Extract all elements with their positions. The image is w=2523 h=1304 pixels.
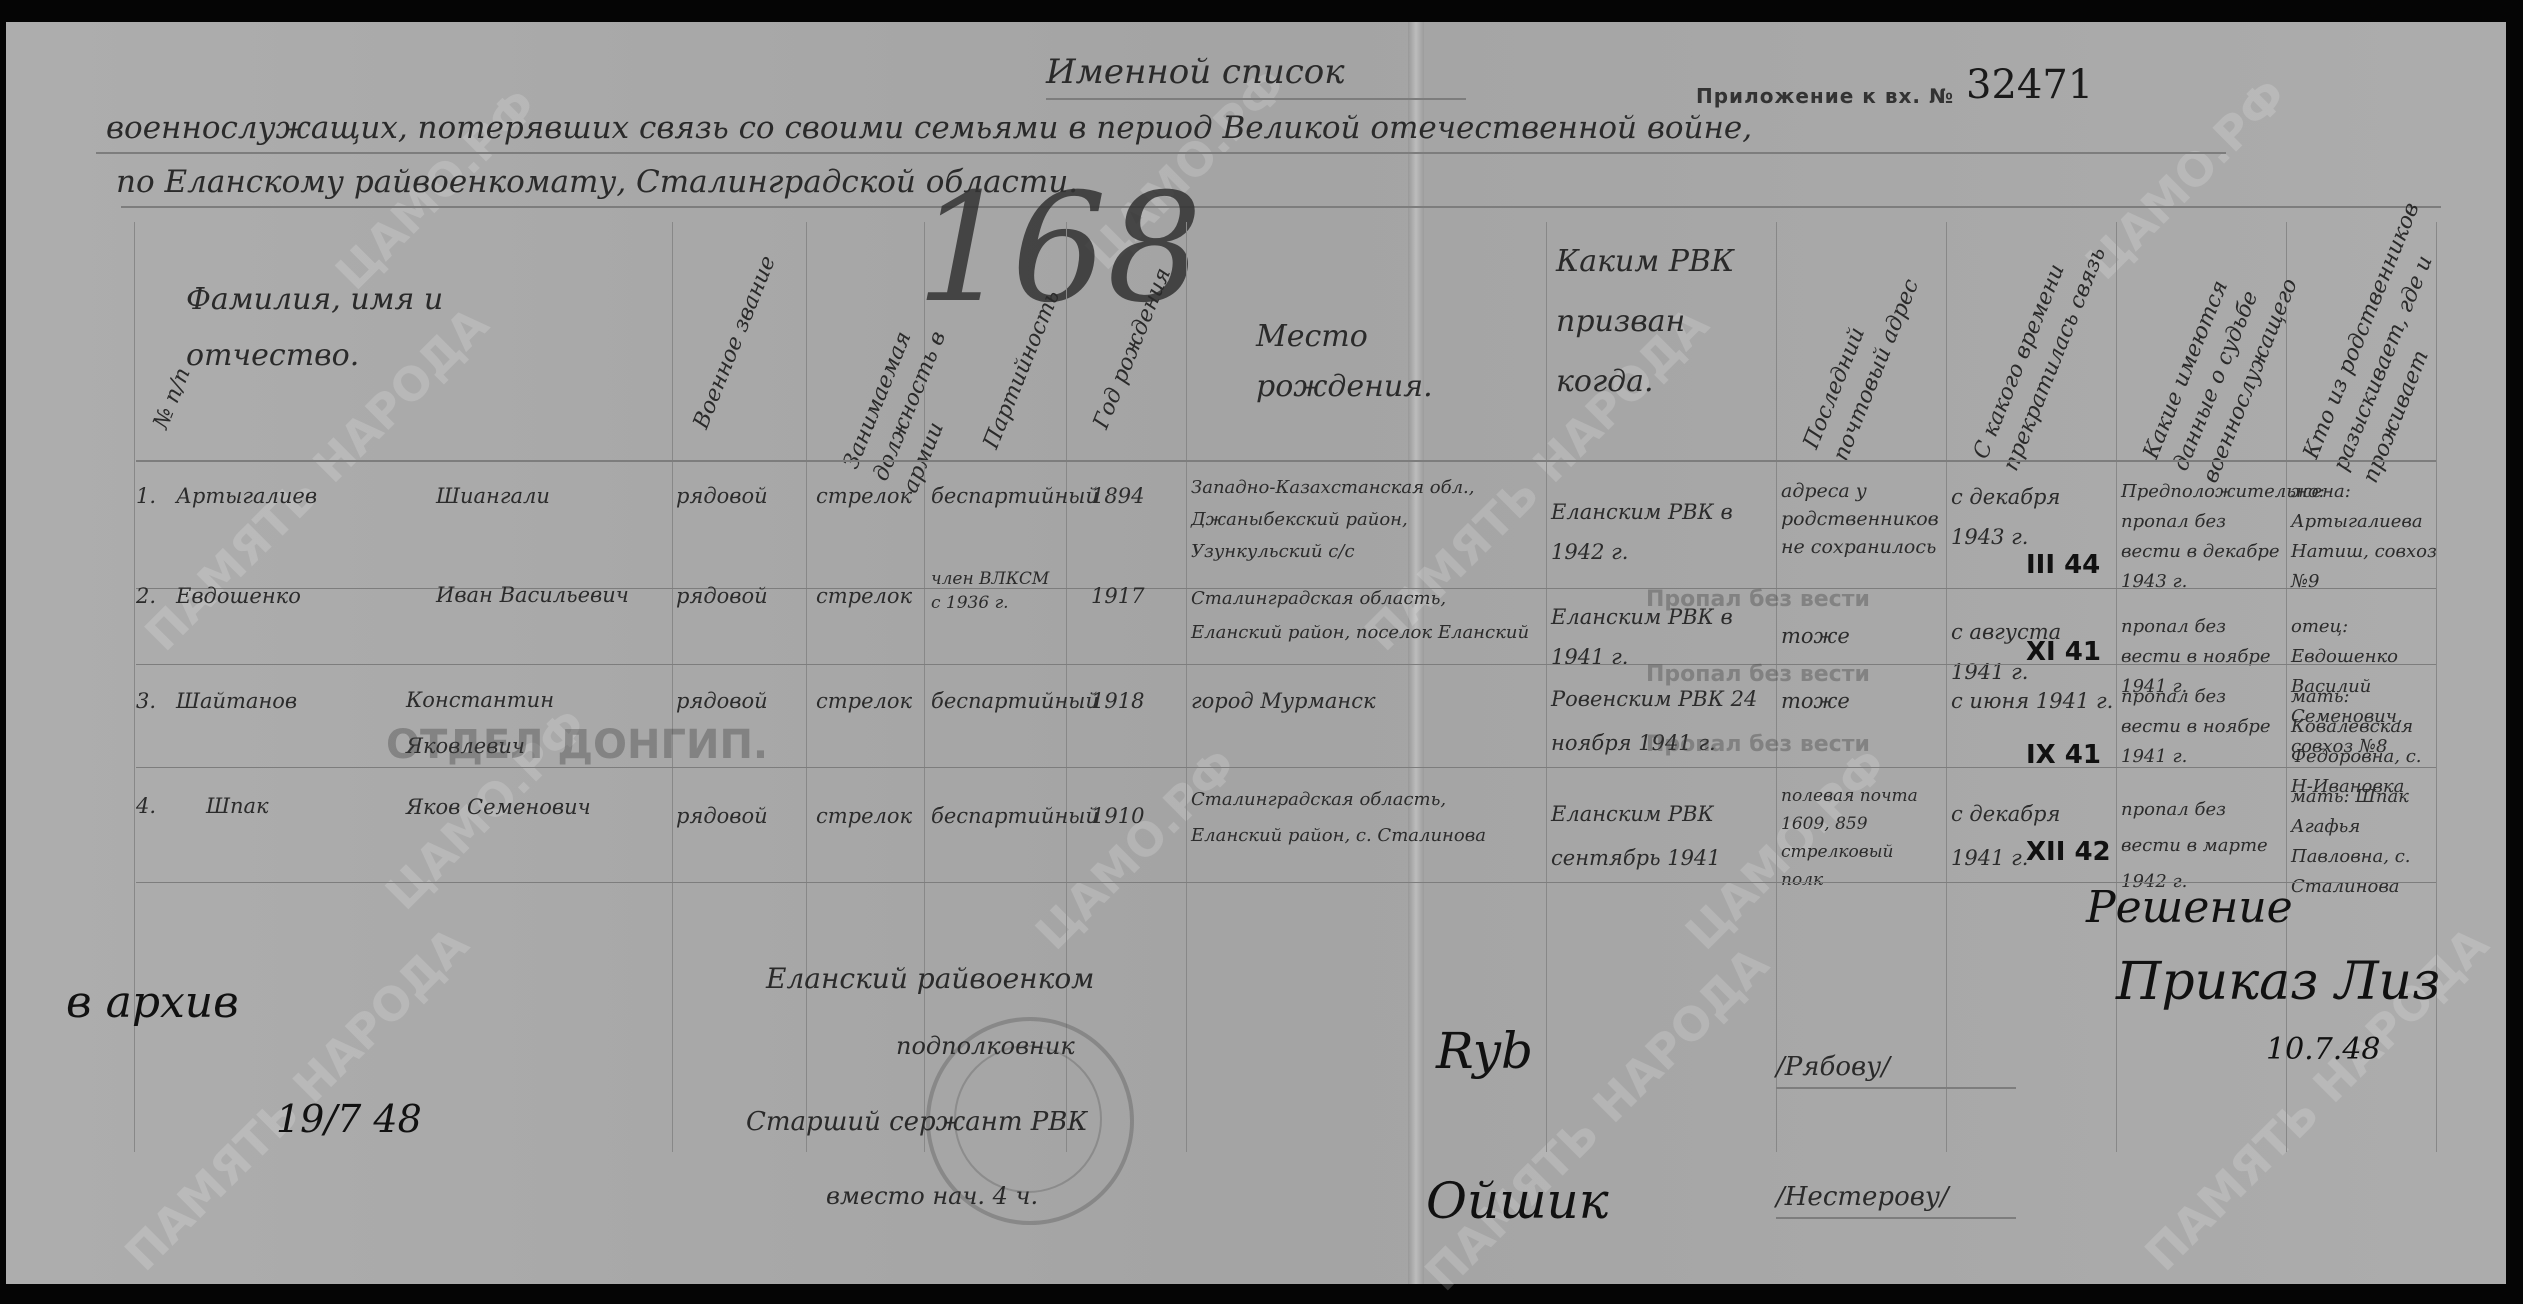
row-lost-since: с июня 1941 г. — [1951, 677, 2113, 725]
row-surname: Шайтанов — [176, 677, 297, 725]
page-fold — [1408, 22, 1424, 1284]
row-position: стрелок — [816, 792, 912, 840]
row-mark: XII 42 — [2026, 837, 2111, 867]
column-divider — [672, 222, 673, 1152]
row-surname: Артыгалиев — [176, 472, 317, 520]
column-divider — [2116, 222, 2117, 1152]
row-mark: III 44 — [2026, 550, 2100, 580]
row-rank: рядовой — [676, 572, 768, 620]
row-separator — [136, 767, 2436, 768]
row-name: Шиангали — [436, 472, 550, 520]
stamp-department: ОТДЕЛ ДОНГИП. — [386, 722, 768, 768]
row-relatives: мать: Шпак Агафья Павловна, с. Сталинова — [2291, 782, 2441, 902]
header-separator — [136, 460, 2436, 462]
row-rank: рядовой — [676, 677, 768, 725]
row-address: полевая почта 1609, 859 стрелковый полк — [1781, 782, 1941, 894]
row-birth-year: 1910 — [1091, 792, 1144, 840]
row-party: беспартийный — [931, 677, 1099, 725]
resolution-date: 10.7.48 — [2266, 1032, 2381, 1067]
header-lost-since: С какого времени прекратилась связь — [1966, 229, 2115, 475]
signer-name-1: /Рябову/ — [1776, 1052, 1890, 1082]
row-birthplace: Западно-Казахстанская обл., Джаныбекский… — [1191, 472, 1541, 568]
signature-title-3: вместо нач. 4 ч. — [826, 1182, 1038, 1210]
archive-note: в архив — [66, 977, 239, 1028]
row-name: Иван Васильевич — [436, 572, 666, 618]
row-position: стрелок — [816, 472, 912, 520]
row-num: 3. — [136, 677, 156, 725]
row-num: 1. — [136, 472, 156, 520]
column-divider — [806, 222, 807, 1152]
row-surname: Евдошенко — [176, 572, 301, 620]
archive-date: 19/7 48 — [276, 1097, 422, 1141]
signature-title: Еланский райвоенком — [766, 962, 1094, 995]
signature-line — [1776, 1217, 2016, 1219]
header-rank: Военное звание — [686, 251, 785, 434]
header-relatives: Кто из родственников разыскивает, где и … — [2296, 192, 2490, 488]
row-birth-year: 1918 — [1091, 677, 1144, 725]
column-divider — [1186, 222, 1187, 1152]
row-address: тоже — [1781, 612, 1850, 660]
row-birthplace: город Мурманск — [1191, 677, 1376, 725]
ruled-line — [96, 152, 2226, 154]
header-conscripted: Каким РВК призван когда. — [1556, 232, 1756, 412]
column-divider — [2286, 222, 2287, 1152]
row-separator — [136, 664, 2436, 665]
row-birthplace: Сталинградская область, Еланский район, … — [1191, 782, 1541, 854]
row-birth-year: 1917 — [1091, 572, 1144, 620]
signature-2: Ойшик — [1426, 1172, 1609, 1230]
row-party: беспартийный — [931, 472, 1099, 520]
row-name: Яков Семенович — [406, 782, 636, 832]
column-divider — [1546, 222, 1547, 1152]
row-mark: XI 41 — [2026, 637, 2101, 667]
title-underline — [1046, 98, 1466, 100]
row-birth-year: 1894 — [1091, 472, 1144, 520]
document-title: Именной список — [1046, 52, 1345, 92]
column-divider — [1776, 222, 1777, 1152]
header-position: Занимаемая должность в армии — [836, 277, 1000, 498]
document-page: ЦАМО.РФ ЦАМО.РФ ЦАМО.РФ ПАМЯТЬ НАРОДА ПА… — [6, 22, 2506, 1284]
stamp-missing: Пропал без вести — [1646, 662, 1870, 687]
header-name: Фамилия, имя и отчество. — [186, 272, 606, 384]
signature-1: Ryb — [1436, 1022, 1533, 1080]
row-lost-since: с декабря 1943 г. — [1951, 477, 2111, 557]
row-conscripted: Еланским РВК в 1942 г. — [1551, 492, 1771, 572]
row-surname: Шпак — [206, 782, 269, 830]
resolution-signature: Приказ Лиз — [2116, 952, 2440, 1012]
resolution-label: Решение — [2086, 882, 2293, 933]
row-position: стрелок — [816, 677, 912, 725]
stamp-missing: Пропал без вести — [1646, 587, 1870, 612]
row-rank: рядовой — [676, 472, 768, 520]
row-mark: IX 41 — [2026, 740, 2101, 770]
row-conscripted: Еланским РВК сентябрь 1941 — [1551, 792, 1771, 880]
signature-title-2: Старший сержант РВК — [746, 1107, 1088, 1137]
row-rank: рядовой — [676, 792, 768, 840]
signature-rank: подполковник — [896, 1032, 1075, 1060]
row-fate: Предположительно: пропал без вести в дек… — [2121, 477, 2286, 597]
signer-name-2: /Нестерову/ — [1776, 1182, 1949, 1212]
row-birthplace: Сталинградская область, Еланский район, … — [1191, 582, 1541, 650]
incoming-number: 32471 — [1966, 62, 2093, 108]
header-fate: Какие имеются данные о судьбе военнослуж… — [2136, 211, 2322, 488]
header-birthplace: Место рождения. — [1256, 312, 1496, 412]
ruled-line — [121, 206, 2441, 208]
signature-line — [1776, 1087, 2016, 1089]
watermark: ПАМЯТЬ НАРОДА — [1414, 937, 1778, 1301]
header-address: Последний почтовый адрес — [1796, 257, 1930, 466]
row-relatives: жена: Артыгалиева Натиш, совхоз №9 — [2291, 477, 2441, 597]
row-position: стрелок — [816, 572, 912, 620]
row-party: член ВЛКСМ с 1936 г. — [931, 567, 1061, 615]
row-num: 4. — [136, 782, 156, 830]
row-num: 2. — [136, 572, 156, 620]
stamp-missing: Пропал без вести — [1646, 732, 1870, 757]
row-address: адреса у родственников не сохранилось — [1781, 477, 1941, 561]
incoming-stamp: Приложение к вх. № — [1696, 84, 1954, 108]
subtitle-line-1: военнослужащих, потерявших связь со свои… — [106, 110, 1752, 146]
row-party: беспартийный — [931, 792, 1099, 840]
row-fate: пропал без вести в ноябре 1941 г. — [2121, 682, 2286, 772]
column-divider — [1946, 222, 1947, 1152]
